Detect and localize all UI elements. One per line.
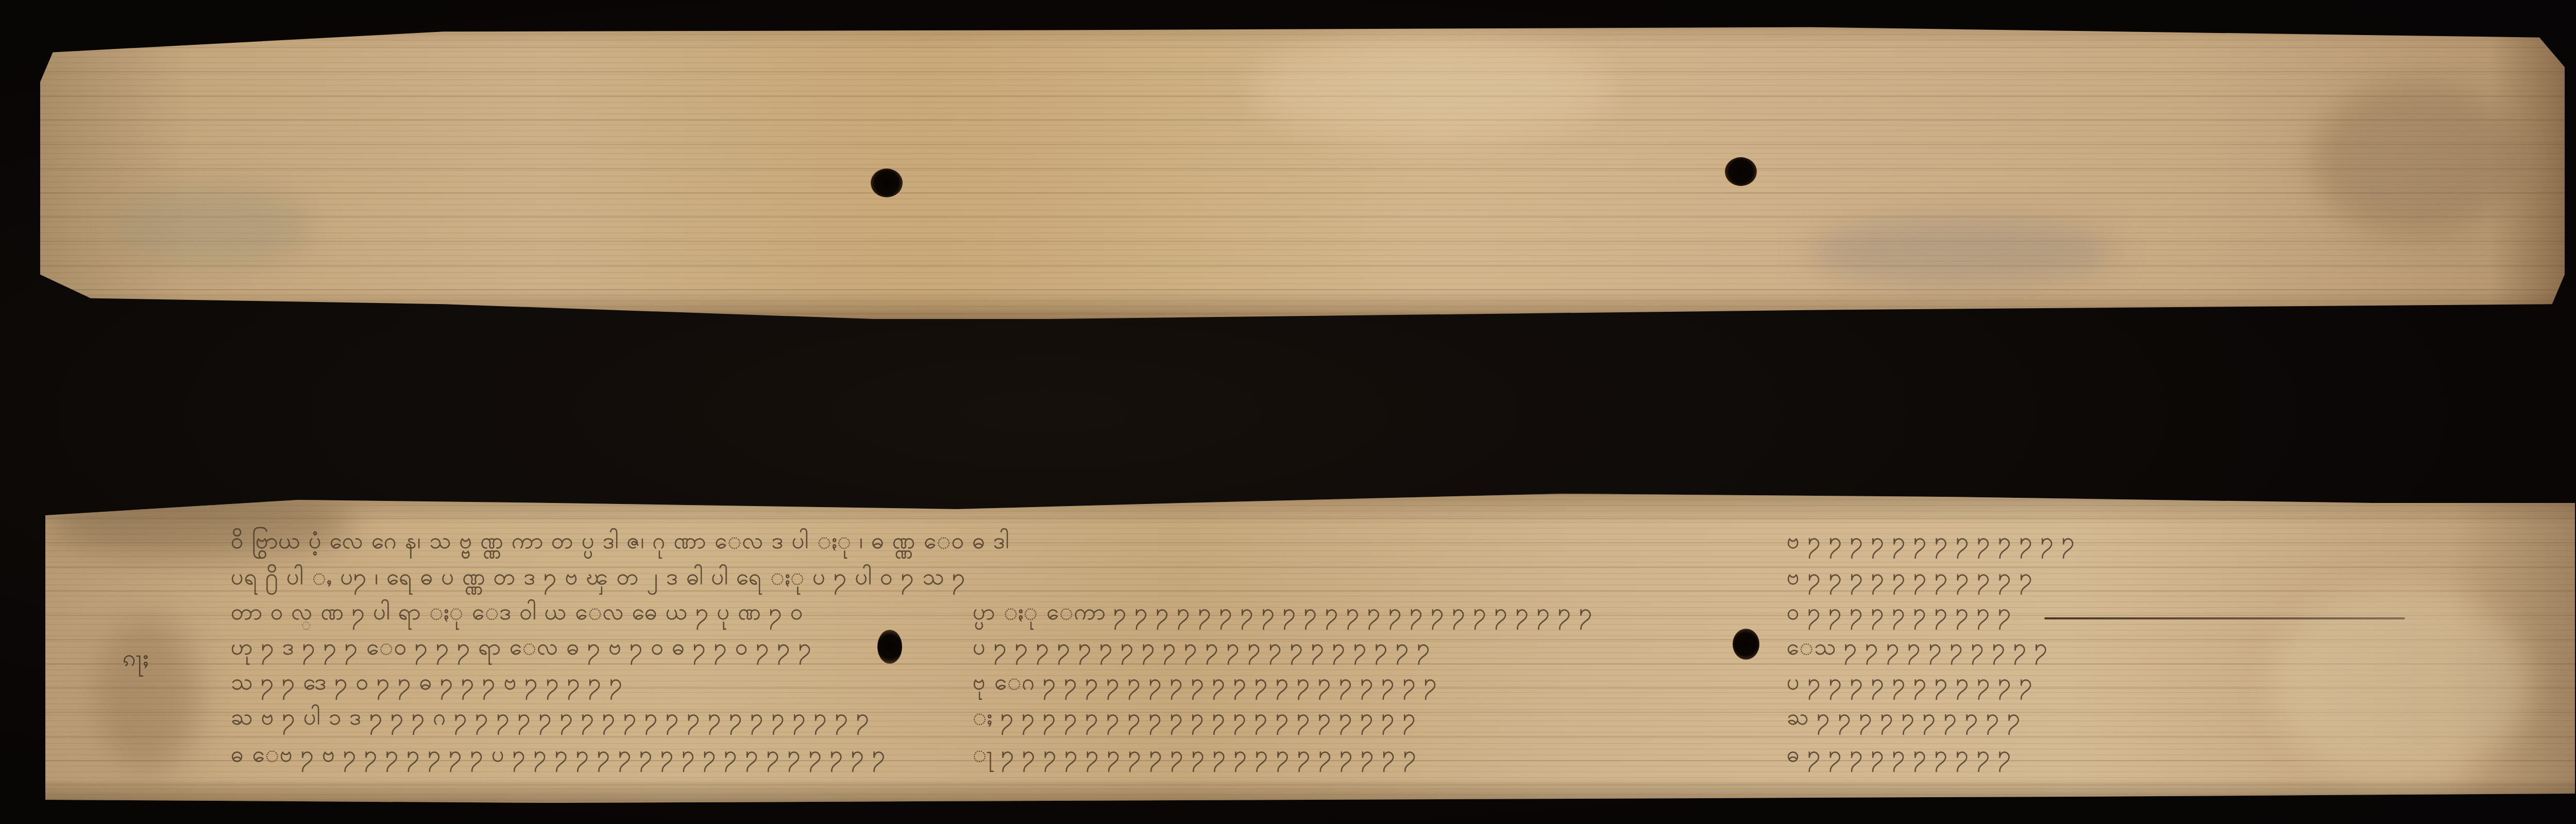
- script-line: သ ႒ ႒ ဒေ ႒ ဝ ႒ ႒ ဓ ႒ ႒ ႒ ဗ ႒ ႒ ႒ ႒ ႒: [231, 671, 623, 694]
- script-line: ႀ ဗ ႒ ပါ ၁ ဒ ႒ ႒ ႒ ဂ ႒ ႒ ႒ ႒ ႒ ႒ ႒ ႒ ႒ ႒…: [231, 706, 870, 729]
- script-line: ပ ႒ ႒ ႒ ႒ ႒ ႒ ႒ ႒ ႒ ႒ ႒: [1787, 671, 2033, 694]
- script-line: ဟု ႒ ဒ ႒ ႒ ႒ ေဝ ႒ ႒ ႒ ရာ ေလ ဓ ႒ ဗ ႒ ဝ ဓ …: [231, 636, 812, 659]
- string-hole-left: [877, 630, 902, 664]
- script-line: ဓ ႒ ႒ ႒ ႒ ႒ ႒ ႒ ႒ ႒ ႒: [1787, 743, 2012, 766]
- leaf-edge-shade: [2312, 82, 2518, 237]
- scribe-rule-line: [2044, 617, 2405, 619]
- script-line: ဝ ႒ ႒ ႒ ႒ ႒ ႒ ႒ ႒ ႒ ႒: [1787, 601, 2012, 624]
- leaf-stain: [1807, 215, 2116, 288]
- string-hole-right: [1725, 157, 1757, 186]
- script-line: ပရ ႐ိ ပါ ႇ ပ႒ ၊ ရေ ဓ ပ ဏ္ဏ တ ဒ ႒ ဗ ၾ တ ၂…: [231, 566, 966, 588]
- script-line: ဝိ ဗြွာယ ပံ့ လေ ဂေ န၊ သ ဗ္ဗ ဏ္ဏ ကာ တ ပ္ပ…: [231, 530, 1010, 552]
- string-hole-left: [871, 169, 903, 197]
- leaf-margin-number: ၵႃႈ: [123, 643, 148, 678]
- script-line: ပ္ပာ ႏု ေကာ ႒ ႒ ႒ ႒ ႒ ႒ ႒ ႒ ႒ ႒ ႒ ႒ ႒ ႒ …: [973, 601, 1592, 624]
- script-line: ေသ ႒ ႒ ႒ ႒ ႒ ႒ ႒ ႒ ႒ ႒: [1787, 636, 2048, 659]
- leaf-stain: [116, 186, 312, 268]
- leaf-stain: [96, 617, 199, 772]
- script-line: ဗ ႒ ႒ ႒ ႒ ႒ ႒ ႒ ႒ ႒ ႒ ႒ ႒ ႒: [1787, 530, 2075, 552]
- leaf-highlight: [2272, 586, 2529, 782]
- palm-leaf-bottom: ၵႃႈ ဝိ ဗြွာယ ပံ့ လေ ဂေ န၊ သ ဗ္ဗ ဏ္ဏ ကာ တ…: [45, 494, 2575, 803]
- script-line: ဗ ႒ ႒ ႒ ႒ ႒ ႒ ႒ ႒ ႒ ႒ ႒: [1787, 566, 2033, 588]
- script-line: တာ ဝ လ္ ဏ ႒ ပါ ရာ ႏု ေဒ ဝါ ယ ေလ ဓေ ယ ႒ ပ…: [231, 601, 804, 624]
- script-line: ဓ ေဗ ႒ ဗ ႒ ႒ ႒ ႒ ႒ ႒ ႒ ပ ႒ ႒ ႒ ႒ ႒ ႒ ႒ ႒…: [231, 743, 886, 766]
- leaf-highlight: [1252, 38, 1613, 141]
- script-line: ႃ ႒ ႒ ႒ ႒ ႒ ႒ ႒ ႒ ႒ ႒ ႒ ႒ ႒ ႒ ႒ ႒ ႒ ႒ ႒ …: [973, 743, 1417, 766]
- script-line: ႈ ႒ ႒ ႒ ႒ ႒ ႒ ႒ ႒ ႒ ႒ ႒ ႒ ႒ ႒ ႒ ႒ ႒ ႒ ႒ …: [973, 706, 1416, 729]
- script-line: ဗု ေဂ ႒ ႒ ႒ ႒ ႒ ႒ ႒ ႒ ႒ ႒ ႒ ႒ ႒ ႒ ႒ ႒ ႒ …: [973, 671, 1437, 694]
- script-line: ပ ႒ ႒ ႒ ႒ ႒ ႒ ႒ ႒ ႒ ႒ ႒ ႒ ႒ ႒ ႒ ႒ ႒ ႒ ႒ …: [973, 636, 1431, 659]
- palm-leaf-top: [40, 23, 2565, 319]
- string-hole-right: [1733, 629, 1759, 660]
- script-line: ႀ ႒ ႒ ႒ ႒ ႒ ႒ ႒ ႒ ႒ ႒: [1787, 706, 2021, 729]
